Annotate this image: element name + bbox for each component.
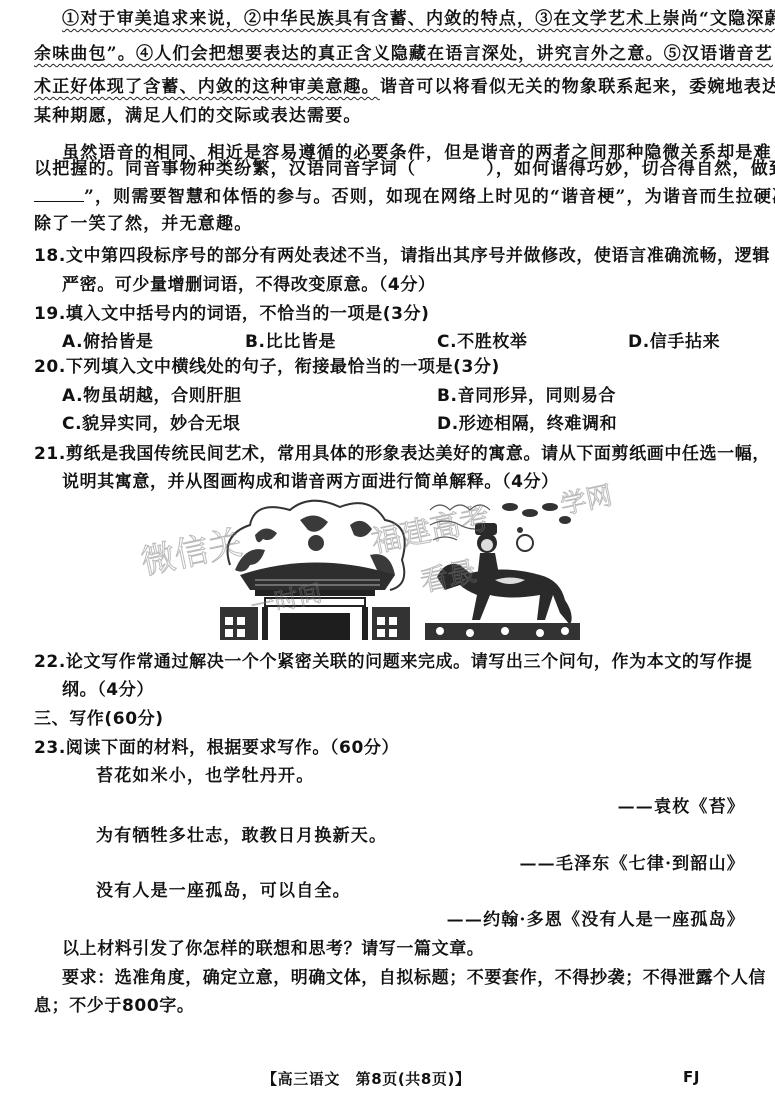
question-23-stem: 23.阅读下面的材料，根据要求写作。（60分） — [34, 737, 399, 759]
passage-line-1: ①对于审美追求来说，②中华民族具有含蓄、内敛的特点，③在文学艺术上崇尚“文隐深蔚… — [62, 8, 775, 30]
writing-requirements-line-2: 息；不少于800字。 — [34, 995, 195, 1017]
question-21-line-2: 说明其寓意，并从图画构成和谐音两方面进行简单解释。（4分） — [62, 471, 559, 493]
section-3-title: 三、写作(60分) — [34, 708, 164, 730]
question-18-line-2: 严密。可少量增删词语，不得改变原意。（4分） — [62, 274, 436, 296]
quote-1-source: ——袁枚《苔》 — [618, 796, 745, 818]
quote-2-source: ——毛泽东《七律·到韶山》 — [519, 853, 745, 875]
passage-line-2: 余味曲包”。④人们会把想要表达的真正含义隐藏在语言深处，讲究言外之意。⑤汉语谐音… — [34, 43, 773, 65]
text-after-parenthesis: ），如何谐得巧妙，切合得自然，做到“ — [486, 159, 775, 179]
quote-3-text: 没有人是一座孤岛，可以自全。 — [96, 880, 351, 902]
text: ”，则需要智慧和体悟的参与。否则，如现在网络上时见的“谐音梗”，为谐音而生拉硬凑… — [84, 187, 775, 207]
underlined-text: 余味曲包”。④人们会把想要表达的真正含义隐藏在语言深处，讲究言外之意。⑤汉语谐音… — [34, 44, 773, 64]
underlined-text: ①对于审美追求来说，②中华民族具有含蓄、内敛的特点，③在文学艺术上崇尚“文隐深蔚… — [62, 9, 775, 29]
question-21-line-1: 21.剪纸是我国传统民间艺术，常用具体的形象表达美好的寓意。请从下面剪纸画中任选… — [34, 443, 770, 465]
question-20-option-c[interactable]: C.貌异实同，妙合无垠 — [62, 413, 241, 435]
passage-p5-line-4: 除了一笑了然，并无意趣。 — [34, 213, 252, 235]
question-19-option-c[interactable]: C.不胜枚举 — [437, 331, 528, 353]
question-19-option-b[interactable]: B.比比皆是 — [245, 331, 336, 353]
quote-2-text: 为有牺牲多壮志，敢教日月换新天。 — [96, 825, 387, 847]
page-footer-code: FJ — [683, 1068, 700, 1086]
plain-text: 某种期愿，满足人们的交际或表达需要。 — [34, 106, 362, 126]
quote-3-source: ——约翰·多恩《没有人是一座孤岛》 — [447, 909, 745, 931]
question-22-line-1: 22.论文写作常通过解决一个个紧密关联的问题来完成。请写出三个问句，作为本文的写… — [34, 651, 752, 673]
passage-p5-line-3: ”，则需要智慧和体悟的参与。否则，如现在网络上时见的“谐音梗”，为谐音而生拉硬凑… — [34, 185, 775, 208]
question-20-option-a[interactable]: A.物虽胡越，合则肝胆 — [62, 385, 242, 407]
question-22-line-2: 纲。（4分） — [62, 679, 154, 701]
quote-1-text: 苔花如米小，也学牡丹开。 — [96, 765, 314, 787]
plain-text: 谐音可以将看似无关的物象联系起来，委婉地表达 — [380, 77, 775, 97]
passage-line-3: 术正好体现了含蓄、内敛的这种审美意趣。谐音可以将看似无关的物象联系起来，委婉地表… — [34, 76, 775, 98]
paper-cut-gate-image — [220, 495, 410, 640]
question-19-option-a[interactable]: A.俯拾皆是 — [62, 331, 154, 353]
question-20-option-b[interactable]: B.音同形异，同则易合 — [437, 385, 616, 407]
fill-blank-end[interactable] — [34, 185, 84, 202]
page-footer-label: 【高三语文 第8页(共8页)】 — [262, 1068, 471, 1089]
question-20-option-d[interactable]: D.形迹相隔，终难调和 — [437, 413, 617, 435]
question-20-stem: 20.下列填入文中横线处的句子，衔接最恰当的一项是(3分) — [34, 356, 500, 378]
paper-cut-monkey-horse-image — [425, 495, 580, 640]
question-19-option-d[interactable]: D.信手拈来 — [628, 331, 720, 353]
passage-line-4: 某种期愿，满足人们的交际或表达需要。 — [34, 105, 362, 127]
writing-prompt: 以上材料引发了你怎样的联想和思考？请写一篇文章。 — [62, 938, 484, 960]
question-19-stem: 19.填入文中括号内的词语，不恰当的一项是(3分) — [34, 303, 429, 325]
writing-requirements-line-1: 要求：选准角度，确定立意，明确文体，自拟标题；不要套作，不得抄袭；不得泄露个人信 — [62, 967, 766, 989]
question-18-line-1: 18.文中第四段标序号的部分有两处表述不当，请指出其序号并做修改，使语言准确流畅… — [34, 245, 770, 267]
passage-p5-line-2b: 以把握的。同音事物种类纷繁，汉语同音字词（），如何谐得巧妙，切合得自然，做到“ — [34, 157, 775, 180]
text-before-parenthesis: 以把握的。同音事物种类纷繁，汉语同音字词（ — [34, 159, 416, 179]
underlined-text: 术正好体现了含蓄、内敛的这种审美意趣。 — [34, 77, 380, 97]
